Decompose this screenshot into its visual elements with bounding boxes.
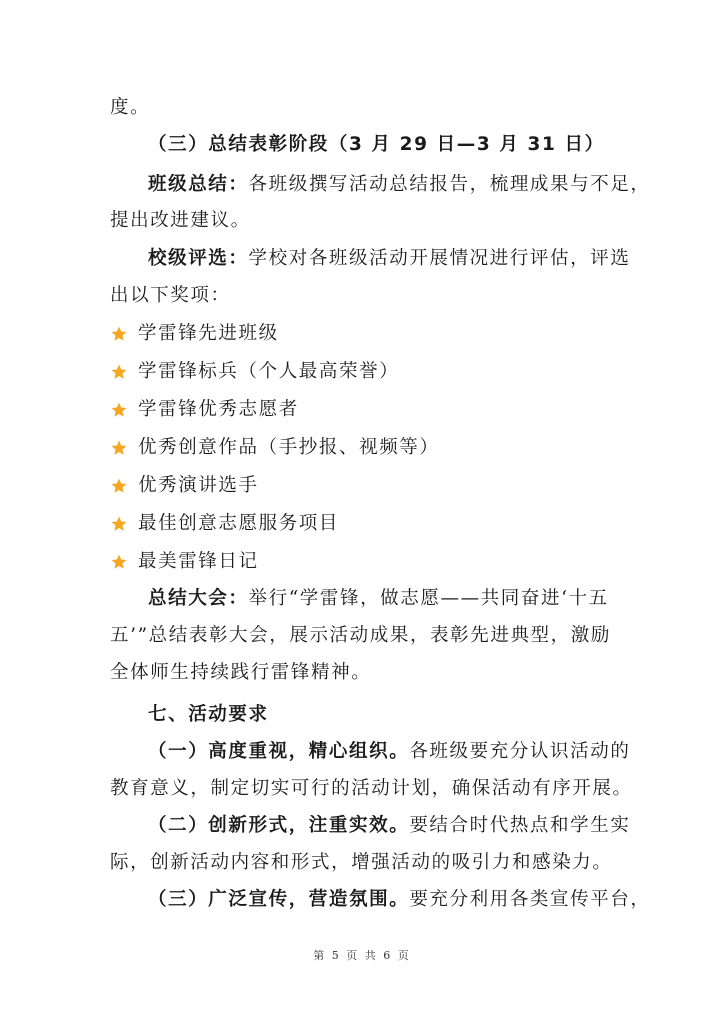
school-eval-label: 校级评选：	[148, 248, 249, 269]
star-icon	[110, 325, 128, 343]
page-number-footer: 第 5 页 共 6 页	[0, 947, 724, 963]
conference-cont-2: 全体师生持续践行雷锋精神。	[110, 661, 371, 685]
star-icon	[110, 515, 128, 533]
requirement-1: （一）高度重视，精心组织。各班级要充分认识活动的	[148, 740, 630, 764]
school-eval-cont: 出以下奖项：	[110, 284, 231, 308]
award-item: 学雷锋标兵（个人最高荣誉）	[110, 360, 399, 384]
star-icon	[110, 363, 128, 381]
award-item: 学雷锋先进班级	[110, 322, 279, 346]
phase3-heading: （三）总结表彰阶段（3 月 29 日—3 月 31 日）	[148, 133, 605, 157]
star-icon	[110, 401, 128, 419]
school-eval-paragraph: 校级评选：学校对各班级活动开展情况进行评估，评选	[148, 247, 630, 271]
award-label: 学雷锋先进班级	[138, 322, 279, 346]
requirement-2-cont: 际，创新活动内容和形式，增强活动的吸引力和感染力。	[110, 851, 613, 875]
requirement-3-text: 要充分利用各类宣传平台，	[409, 889, 650, 910]
requirement-2-label: （二）创新形式，注重实效。	[148, 815, 409, 836]
document-page: 度。 （三）总结表彰阶段（3 月 29 日—3 月 31 日） 班级总结：各班级…	[0, 0, 724, 1024]
paragraph-tail: 度。	[110, 96, 150, 120]
requirement-2: （二）创新形式，注重实效。要结合时代热点和学生实	[148, 814, 630, 838]
award-label: 最美雷锋日记	[138, 550, 259, 574]
requirement-2-text: 要结合时代热点和学生实	[409, 815, 630, 836]
award-item: 优秀演讲选手	[110, 474, 259, 498]
conference-label: 总结大会：	[148, 588, 249, 609]
award-label: 优秀创意作品（手抄报、视频等）	[138, 436, 440, 460]
award-label: 最佳创意志愿服务项目	[138, 512, 339, 536]
school-eval-text: 学校对各班级活动开展情况进行评估，评选	[249, 248, 631, 269]
requirement-3-label: （三）广泛宣传，营造氛围。	[148, 889, 409, 910]
award-item: 优秀创意作品（手抄报、视频等）	[110, 436, 440, 460]
conference-text: 举行“学雷锋，做志愿——共同奋进‘十五	[249, 588, 609, 609]
star-icon	[110, 477, 128, 495]
award-item: 学雷锋优秀志愿者	[110, 398, 299, 422]
award-item: 最美雷锋日记	[110, 550, 259, 574]
conference-cont-1: 五’”总结表彰大会，展示活动成果，表彰先进典型，激励	[110, 624, 611, 648]
class-summary-paragraph: 班级总结：各班级撰写活动总结报告，梳理成果与不足，	[148, 173, 651, 197]
star-icon	[110, 553, 128, 571]
conference-paragraph: 总结大会：举行“学雷锋，做志愿——共同奋进‘十五	[148, 587, 609, 611]
requirement-1-cont: 教育意义，制定切实可行的活动计划，确保活动有序开展。	[110, 777, 633, 801]
class-summary-label: 班级总结：	[148, 174, 249, 195]
award-item: 最佳创意志愿服务项目	[110, 512, 339, 536]
award-label: 学雷锋标兵（个人最高荣誉）	[138, 360, 399, 384]
class-summary-text: 各班级撰写活动总结报告，梳理成果与不足，	[249, 174, 651, 195]
class-summary-cont: 提出改进建议。	[110, 209, 251, 233]
requirement-1-label: （一）高度重视，精心组织。	[148, 741, 409, 762]
award-label: 学雷锋优秀志愿者	[138, 398, 299, 422]
requirement-1-text: 各班级要充分认识活动的	[409, 741, 630, 762]
section7-heading: 七、活动要求	[148, 703, 269, 727]
star-icon	[110, 439, 128, 457]
requirement-3: （三）广泛宣传，营造氛围。要充分利用各类宣传平台，	[148, 888, 651, 912]
award-label: 优秀演讲选手	[138, 474, 259, 498]
